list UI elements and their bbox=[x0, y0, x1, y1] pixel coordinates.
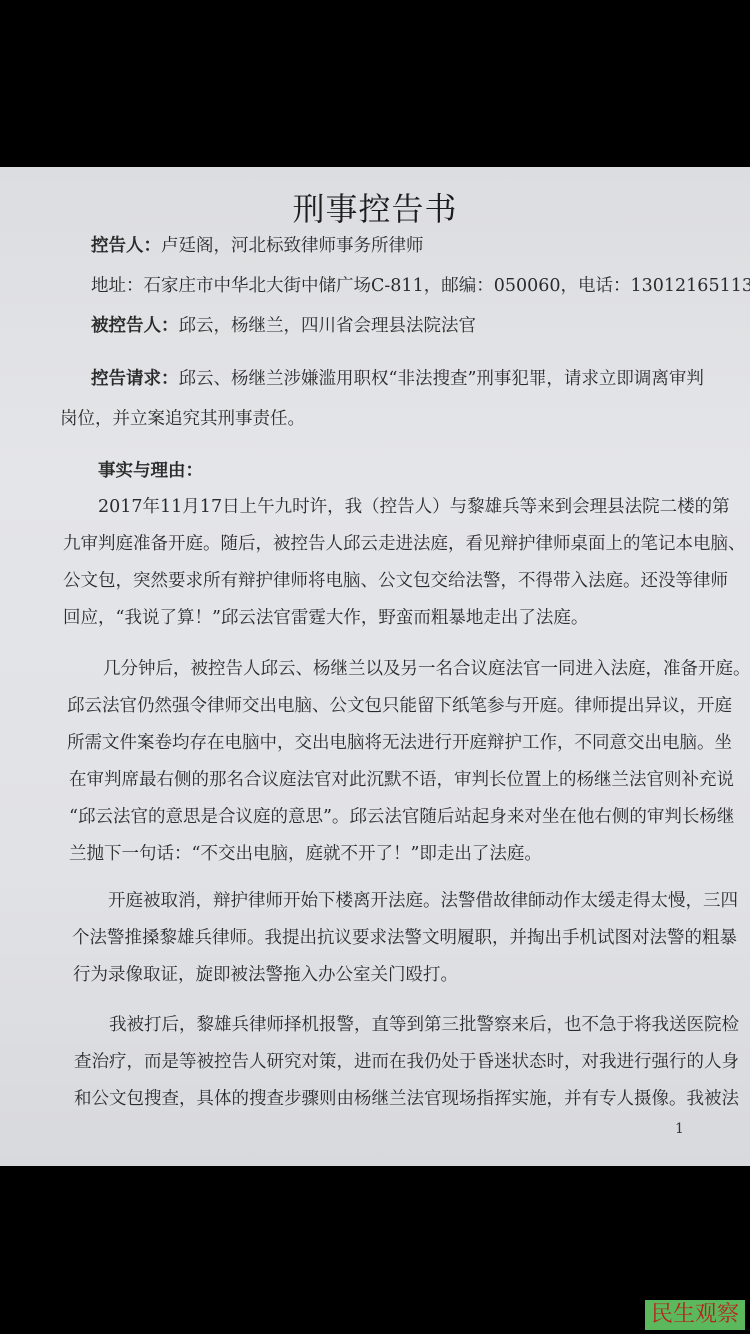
request-line-2: 岗位，并立案追究其刑事责任。 bbox=[60, 405, 305, 430]
paragraph-4-line-1: 我被打后，黎雄兵律师择机报警，直等到第三批警察来后，也不急于将我送医院检 bbox=[109, 1011, 739, 1036]
address-value: 石家庄市中华北大街中储广场C-811，邮编：050060，电话：13012165… bbox=[144, 276, 750, 296]
defendants-line: 被控告人：邱云，杨继兰，四川省会理县法院法官 bbox=[91, 312, 476, 337]
defendants-label: 被控告人： bbox=[91, 316, 179, 336]
defendants-value: 邱云，杨继兰，四川省会理县法院法官 bbox=[179, 316, 477, 336]
address-label: 地址： bbox=[91, 276, 144, 296]
paragraph-1-line-4: 回应，“我说了算！”邱云法官雷霆大作，野蛮而粗暴地走出了法庭。 bbox=[63, 604, 588, 629]
paragraph-2-line-6: 兰抛下一句话：“不交出电脑，庭就不开了！”即走出了法庭。 bbox=[69, 840, 542, 865]
paragraph-2-line-5: “邱云法官的意思是合议庭的意思”。邱云法官随后站起身来对坐在他右侧的审判长杨继 bbox=[69, 803, 734, 828]
paragraph-1-line-2: 九审判庭准备开庭。随后，被控告人邱云走进法庭，看见辩护律师桌面上的笔记本电脑、 bbox=[63, 530, 746, 555]
complainant-value: 卢廷阁，河北标致律师事务所律师 bbox=[161, 236, 424, 256]
request-line-1: 控告请求：邱云、杨继兰涉嫌滥用职权“非法搜查”刑事犯罪，请求立即调离审判 bbox=[91, 365, 704, 390]
paragraph-2-line-3: 所需文件案卷均存在电脑中，交出电脑将无法进行开庭辩护工作，不同意交出电脑。坐 bbox=[67, 729, 732, 754]
paragraph-2-line-2: 邱云法官仍然强令律师交出电脑、公文包只能留下纸笔参与开庭。律师提出异议，开庭 bbox=[67, 692, 732, 717]
paragraph-1-line-1: 2017年11月17日上午九时许，我（控告人）与黎雄兵等来到会理县法院二楼的第 bbox=[98, 493, 730, 518]
top-black-bar bbox=[0, 0, 750, 167]
paragraph-2-line-4: 在审判席最右侧的那名合议庭法官对此沉默不语，审判长位置上的杨继兰法官则补充说 bbox=[69, 766, 734, 791]
paragraph-3-line-1: 开庭被取消，辩护律师开始下楼离开法庭。法警借故律師动作太缓走得太慢，三四 bbox=[108, 887, 738, 912]
address-line: 地址：石家庄市中华北大街中储广场C-811，邮编：050060，电话：13012… bbox=[91, 272, 750, 297]
page-number: 1 bbox=[675, 1121, 684, 1137]
paragraph-2-line-1: 几分钟后，被控告人邱云、杨继兰以及另一名合议庭法官一同进入法庭，准备开庭。 bbox=[103, 655, 750, 680]
watermark-badge: 民生观察 bbox=[645, 1300, 745, 1330]
request-text-1: 邱云、杨继兰涉嫌滥用职权“非法搜查”刑事犯罪，请求立即调离审判 bbox=[179, 369, 704, 389]
paragraph-4-line-2: 查治疗，而是等被控告人研究对策，进而在我仍处于昏迷状态时，对我进行强行的人身 bbox=[74, 1048, 739, 1073]
complainant-line: 控告人：卢廷阁，河北标致律师事务所律师 bbox=[91, 232, 424, 257]
document-title: 刑事控告书 bbox=[0, 184, 750, 230]
facts-heading: 事实与理由： bbox=[98, 457, 203, 482]
complainant-label: 控告人： bbox=[91, 236, 161, 256]
paragraph-3-line-2: 个法警推搡黎雄兵律师。我提出抗议要求法警文明履职，并掏出手机试图对法警的粗暴 bbox=[72, 924, 737, 949]
paragraph-3-line-3: 行为录像取证，旋即被法警拖入办公室关门殴打。 bbox=[73, 961, 458, 986]
request-label: 控告请求： bbox=[91, 369, 179, 389]
paragraph-4-line-3: 和公文包搜查，具体的搜查步骤则由杨继兰法官现场指挥实施，并有专人摄像。我被法 bbox=[74, 1085, 739, 1110]
document-page: 刑事控告书 控告人：卢廷阁，河北标致律师事务所律师 地址：石家庄市中华北大街中储… bbox=[0, 167, 750, 1166]
paragraph-1-line-3: 公文包，突然要求所有辩护律师将电脑、公文包交给法警，不得带入法庭。还没等律师 bbox=[63, 567, 728, 592]
bottom-black-bar bbox=[0, 1166, 750, 1334]
